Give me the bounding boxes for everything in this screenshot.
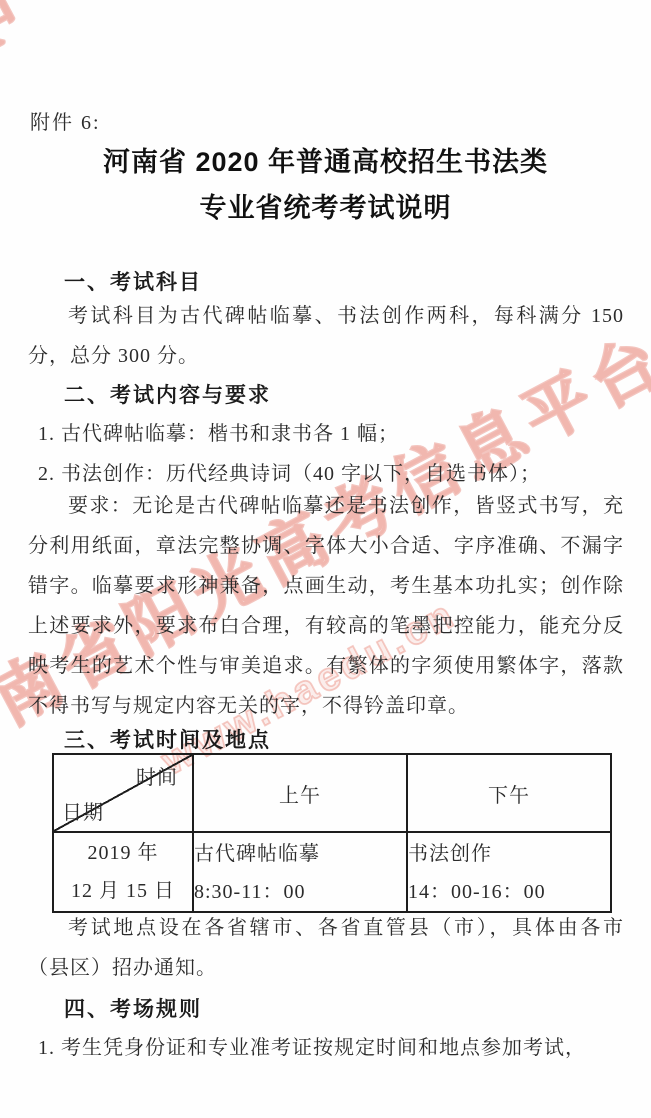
afternoon-subject: 书法创作 — [408, 835, 610, 873]
doc-title-line1: 河南省 2020 年普通高校招生书法类 — [0, 140, 651, 179]
section-2-item-1: 1. 古代碑帖临摹：楷书和隶书各 1 幅； — [38, 417, 399, 446]
section-2-requirements-paragraph: 要求：无论是古代碑帖临摹还是书法创作，皆竖式书写，充分利用纸面，章法完整协调、字… — [28, 486, 624, 726]
exam-date-cell: 2019 年 12 月 15 日 — [53, 832, 193, 912]
afternoon-time: 14：00-16：00 — [408, 873, 610, 911]
section-2-item-2: 2. 书法创作：历代经典诗词（40 字以下，自选书体）； — [38, 457, 541, 486]
section-4-item-1: 1. 考生凭身份证和专业准考证按规定时间和地点参加考试， — [38, 1031, 586, 1060]
table-data-row: 2019 年 12 月 15 日 古代碑帖临摹 8:30-11：00 书法创作 … — [53, 832, 611, 912]
section-2-heading: 二、考试内容与要求 — [64, 379, 271, 409]
morning-time: 8:30-11：00 — [194, 873, 406, 911]
afternoon-exam-cell: 书法创作 14：00-16：00 — [407, 832, 611, 912]
watermark-corner-fragment: 台 — [0, 0, 32, 57]
watermark-corner-fragment: 平 — [0, 0, 24, 105]
section-3-heading: 三、考试时间及地点 — [64, 724, 271, 754]
section-1-paragraph: 考试科目为古代碑帖临摹、书法创作两科，每科满分 150 分，总分 300 分。 — [28, 296, 624, 376]
corner-label-date: 日期 — [62, 796, 104, 825]
corner-label-time: 时间 — [136, 761, 178, 790]
morning-subject: 古代碑帖临摹 — [194, 835, 406, 873]
column-header-afternoon: 下午 — [407, 754, 611, 832]
section-4-heading: 四、考场规则 — [64, 993, 202, 1023]
document-page: 河南省阳光高考信息平台 www.haedu.cn 台 平 附件 6: 河南省 2… — [0, 0, 651, 1118]
section-3-paragraph: 考试地点设在各省辖市、各省直管县（市），具体由各市（县区）招办通知。 — [28, 908, 624, 988]
doc-title-line2: 专业省统考考试说明 — [0, 186, 651, 225]
morning-exam-cell: 古代碑帖临摹 8:30-11：00 — [193, 832, 407, 912]
table-header-row: 时间 日期 上午 下午 — [53, 754, 611, 832]
attachment-label: 附件 6: — [30, 106, 101, 135]
section-1-heading: 一、考试科目 — [64, 266, 202, 296]
table-corner-cell: 时间 日期 — [53, 754, 193, 832]
exam-date-day: 12 月 15 日 — [54, 872, 192, 910]
exam-schedule-table: 时间 日期 上午 下午 2019 年 12 月 15 日 古代碑帖临摹 8:30… — [52, 753, 612, 913]
exam-date-year: 2019 年 — [54, 834, 192, 872]
column-header-morning: 上午 — [193, 754, 407, 832]
